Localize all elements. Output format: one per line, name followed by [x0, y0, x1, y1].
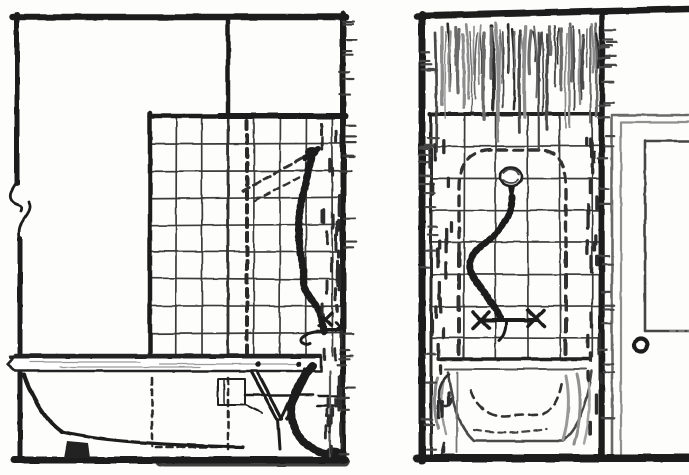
- bathtub-cover-board: [7, 355, 321, 371]
- wall-corner-shading: [321, 22, 356, 456]
- door-frame-inner: [621, 122, 689, 458]
- door: [612, 115, 689, 458]
- bathtub-side: [24, 375, 243, 458]
- concealed-pipe-dashed: [152, 117, 247, 449]
- shower-hose-on-wall: [299, 147, 324, 331]
- wall-mixer-tap-front: [473, 310, 544, 341]
- panel-front-view: [417, 9, 689, 461]
- door-frame-outer: [612, 115, 689, 458]
- wall-break-symbol: [10, 182, 30, 241]
- door-knob: [635, 339, 648, 352]
- bathtub-front: [434, 359, 592, 444]
- corrugated-drain-hose: [291, 366, 342, 459]
- shower-head: [500, 168, 522, 197]
- scanned-illustration: [0, 0, 689, 475]
- shower-curtain: [436, 23, 599, 151]
- artwork: [7, 9, 689, 462]
- panel-side-view: [7, 14, 357, 462]
- bathroom-two-view-drawing: [0, 0, 689, 475]
- shower-hose: [470, 197, 512, 317]
- door-panel: [645, 141, 689, 331]
